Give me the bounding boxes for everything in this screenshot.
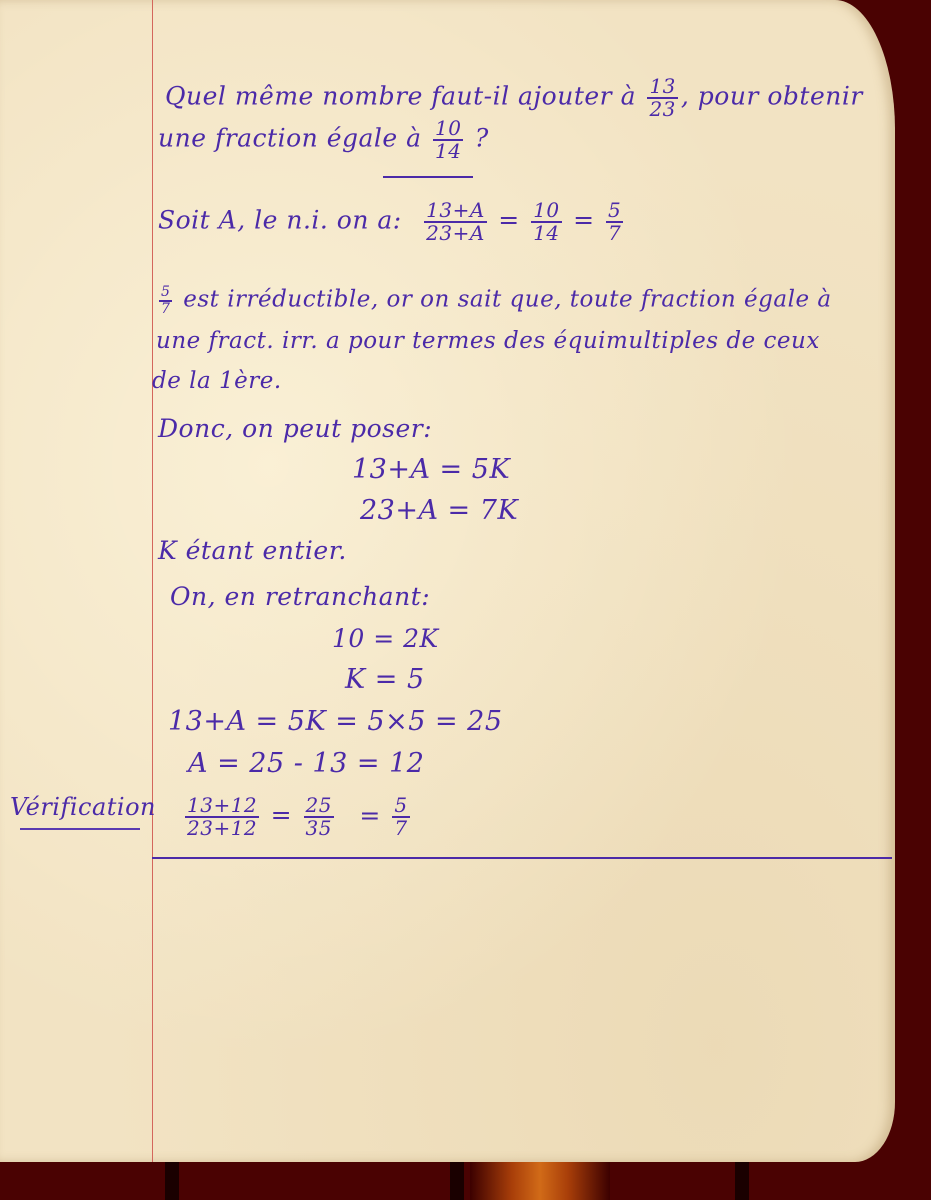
- fraction-25-35: 25 35: [304, 795, 334, 839]
- fraction-13p12-23p12: 13+12 23+12: [185, 795, 259, 839]
- donc-statement: Donc, on peut poser:: [158, 416, 432, 441]
- k-integer-note: K étant entier.: [158, 538, 347, 563]
- notebook-page: Quel même nombre faut-il ajouter à 13 23…: [0, 0, 895, 1162]
- end-rule: [152, 857, 892, 859]
- problem-text: Quel même nombre faut-il ajouter à: [165, 82, 636, 111]
- let-statement: Soit A, le n.i. on a: 13+A 23+A = 10 14 …: [158, 200, 626, 244]
- irreducible-line-3: de la 1ère.: [152, 370, 282, 393]
- fraction-5-7: 5 7: [392, 795, 409, 839]
- problem-text: une fraction égale à: [158, 124, 422, 153]
- question-mark: ?: [475, 124, 489, 153]
- verification-underline: [20, 828, 140, 830]
- fraction-5-7: 5 7: [159, 285, 172, 316]
- problem-text-tail: , pour obtenir: [681, 82, 863, 111]
- calc-equation-2: A = 25 - 13 = 12: [188, 750, 424, 777]
- k-value: K = 5: [345, 666, 425, 693]
- subtract-statement: On, en retranchant:: [170, 584, 430, 609]
- verification-label: Vérification: [10, 795, 156, 819]
- subtract-equation: 10 = 2K: [332, 626, 439, 651]
- fraction-10-14: 10 14: [531, 200, 561, 244]
- margin-line: [152, 0, 153, 1162]
- fraction-13-23: 13 23: [647, 76, 677, 120]
- verification-equation: 13+12 23+12 = 25 35 = 5 7: [182, 795, 413, 839]
- system-equation-1: 13+A = 5K: [352, 456, 510, 483]
- calc-equation-1: 13+A = 5K = 5×5 = 25: [168, 708, 503, 735]
- problem-line-2: une fraction égale à 10 14 ?: [158, 118, 489, 162]
- fraction-13A-23A: 13+A 23+A: [424, 200, 487, 244]
- system-equation-2: 23+A = 7K: [360, 497, 518, 524]
- problem-line-1: Quel même nombre faut-il ajouter à 13 23…: [165, 76, 863, 120]
- irreducible-line-1: 5 7 est irréductible, or on sait que, to…: [156, 285, 832, 316]
- section-separator: [383, 176, 473, 178]
- fraction-10-14: 10 14: [433, 118, 463, 162]
- irreducible-line-2: une fract. irr. a pour termes des équimu…: [156, 330, 820, 353]
- fraction-5-7: 5 7: [606, 200, 623, 244]
